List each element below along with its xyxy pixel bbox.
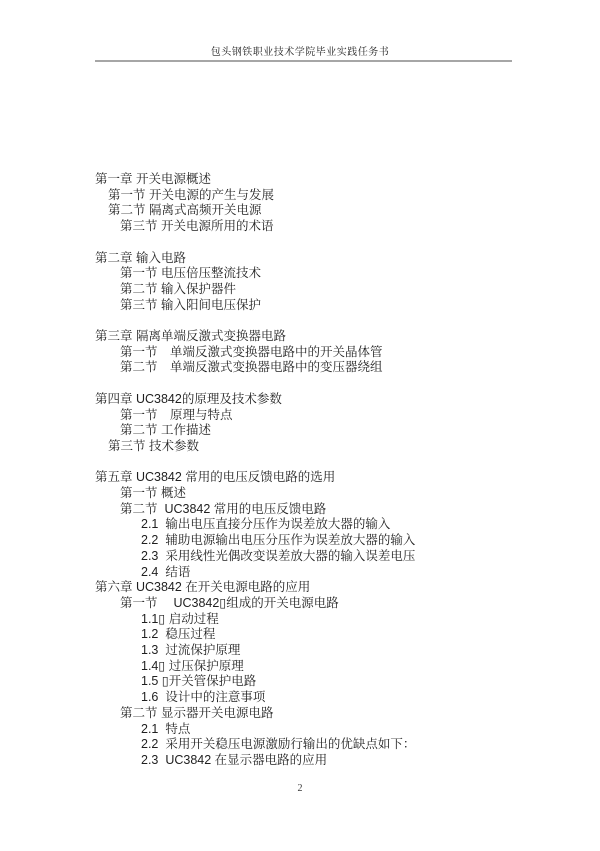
toc-line: 1.3 过流保护原理 [95, 643, 555, 659]
toc-line: 第一章 开关电源概述 [95, 172, 555, 188]
toc-line: 2.4 结语 [95, 565, 555, 581]
toc-line: 第一节 单端反激式变换器电路中的开关晶体管 [95, 345, 555, 361]
toc-line: 第三节 技术参数 [95, 439, 555, 455]
page-number: 2 [0, 783, 600, 794]
toc-line: 2.1 特点 [95, 722, 555, 738]
toc-line: 第二节 隔离式高频开关电源 [95, 203, 555, 219]
toc-line: 1.4▯ 过压保护原理 [95, 659, 555, 675]
toc-blank-line [95, 376, 555, 392]
toc-line: 2.2 采用开关稳压电源激励行输出的优缺点如下： [95, 737, 555, 753]
toc-line: 第三节 开关电源所用的术语 [95, 219, 555, 235]
toc-line: 2.1 输出电压直接分压作为误差放大器的输入 [95, 517, 555, 533]
toc-line: 第一节 原理与特点 [95, 408, 555, 424]
toc-line: 1.5 ▯开关管保护电路 [95, 674, 555, 690]
toc-line: 第二节 工作描述 [95, 423, 555, 439]
toc-line: 第二节 单端反激式变换器电路中的变压器绕组 [95, 360, 555, 376]
table-of-contents: 第一章 开关电源概述第一节 开关电源的产生与发展第二节 隔离式高频开关电源第三节… [95, 172, 555, 769]
toc-blank-line [95, 455, 555, 471]
toc-line: 第三章 隔离单端反激式变换器电路 [95, 329, 555, 345]
toc-line: 2.3 采用线性光偶改变误差放大器的输入误差电压 [95, 549, 555, 565]
toc-line: 第二节 显示器开关电源电路 [95, 706, 555, 722]
toc-line: 第二节 UC3842 常用的电压反馈电路 [95, 502, 555, 518]
header-title: 包头钢铁职业技术学院毕业实践任务书 [0, 43, 600, 58]
toc-blank-line [95, 235, 555, 251]
toc-line: 第一节 电压倍压整流技术 [95, 266, 555, 282]
toc-line: 第三节 输入阳间电压保护 [95, 298, 555, 314]
toc-line: 第五章 UC3842 常用的电压反馈电路的选用 [95, 470, 555, 486]
toc-line: 第一节 开关电源的产生与发展 [95, 188, 555, 204]
header-rule [95, 60, 512, 62]
toc-line: 1.6 设计中的注意事项 [95, 690, 555, 706]
document-page: 包头钢铁职业技术学院毕业实践任务书 第一章 开关电源概述第一节 开关电源的产生与… [0, 0, 600, 851]
toc-line: 第二章 输入电路 [95, 251, 555, 267]
toc-line: 2.2 辅助电源输出电压分压作为误差放大器的输入 [95, 533, 555, 549]
toc-line: 第二节 输入保护器件 [95, 282, 555, 298]
toc-line: 第六章 UC3842 在开关电源电路的应用 [95, 580, 555, 596]
toc-line: 1.1▯ 启动过程 [95, 612, 555, 628]
toc-line: 2.3 UC3842 在显示器电路的应用 [95, 753, 555, 769]
toc-line: 1.2 稳压过程 [95, 627, 555, 643]
toc-line: 第一节 UC3842▯组成的开关电源电路 [95, 596, 555, 612]
toc-line: 第四章 UC3842的原理及技术参数 [95, 392, 555, 408]
toc-blank-line [95, 313, 555, 329]
toc-line: 第一节 概述 [95, 486, 555, 502]
